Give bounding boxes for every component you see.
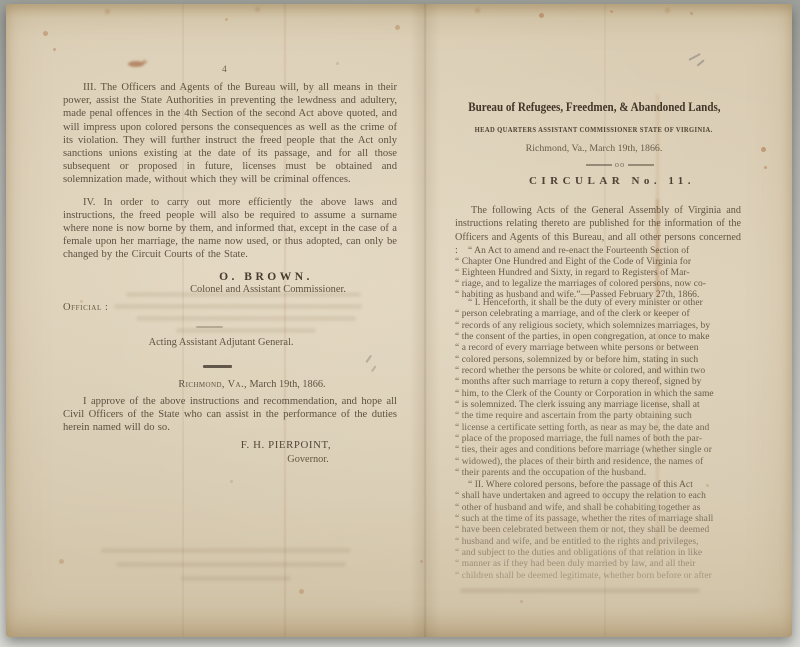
bleed-through [116, 562, 346, 567]
bleed-through [126, 292, 361, 297]
printed-line: “ records of any religious society, whic… [455, 321, 747, 332]
printed-line: “ record whether the persons be white or… [455, 366, 747, 377]
document-paper: 4 III. The Officers and Agents of the Bu… [6, 4, 792, 637]
printed-line: “ such at the time of its passage, wheth… [455, 514, 747, 525]
left-page-body: III. The Officers and Agents of the Bure… [63, 81, 397, 313]
governor-title: Governor. [238, 454, 378, 465]
bleed-through [101, 548, 351, 553]
dateline-place: Richmond, Va., [178, 379, 247, 390]
printed-line: “ and subject to the duties and obligati… [455, 548, 747, 559]
headquarters-subtitle: HEAD QUARTERS ASSISTANT COMMISSIONER STA… [475, 126, 713, 134]
separator-rule [586, 164, 612, 166]
right-page: Bureau of Refugees, Freedmen, & Abandone… [418, 4, 792, 637]
printed-line: “ place of the proposed marriage, the fu… [455, 434, 747, 445]
printed-line: “ shall have undertaken and agreed to oc… [455, 491, 747, 502]
printed-line: “ ties, their ages and conditions before… [455, 445, 747, 456]
bleed-through [114, 304, 362, 309]
signature-name: O. BROWN. [63, 271, 397, 283]
left-dateline: Richmond, Va., March 19th, 1866. [142, 379, 362, 390]
printed-line: “ the time require and ascertain from th… [455, 411, 747, 422]
separator-rule [628, 164, 654, 166]
divider-rule [196, 326, 223, 328]
divider-rule [203, 365, 232, 368]
body-paragraphs: III. The Officers and Agents of the Bure… [63, 81, 397, 262]
paragraph: IV. In order to carry out more efficient… [63, 196, 397, 262]
masthead: Bureau of Refugees, Freedmen, & Abandone… [444, 98, 744, 154]
section-one-lines: “ I. Henceforth, it shall be the duty of… [455, 298, 747, 480]
printed-line: “ months after such marriage to return a… [455, 377, 747, 388]
bleed-through [176, 328, 316, 333]
printed-line: “ Eighteen Hundred and Sixty, in regard … [455, 268, 747, 279]
bleed-through [136, 316, 356, 321]
printed-line: “ license a certificate setting forth, a… [455, 423, 747, 434]
printed-line: “ have been celebrated between them or n… [455, 525, 747, 536]
printed-line: “ is solemnized. The clerk issuing any m… [455, 400, 747, 411]
printed-line: “ children shall be deemed legitimate, w… [455, 571, 747, 582]
printed-line: “ their parents and the occupation of th… [455, 468, 747, 479]
printed-line: “ colored persons, solemnized by or befo… [455, 355, 747, 366]
printed-line: “ An Act to amend and re-enact the Fourt… [455, 246, 747, 257]
printed-line: “ II. Where colored persons, before the … [455, 480, 747, 491]
faded-ghost-line [460, 588, 700, 593]
printed-line: “ him, to the Clerk of the County or Cor… [455, 389, 747, 400]
printed-line: “ I. Henceforth, it shall be the duty of… [455, 298, 747, 309]
printed-line: “ widowed), the places of their birth an… [455, 457, 747, 468]
printed-line: “ the consent of the parties, in open co… [455, 332, 747, 343]
left-page: 4 III. The Officers and Agents of the Bu… [6, 4, 418, 637]
act-title-lines: “ An Act to amend and re-enact the Fourt… [455, 246, 747, 301]
approval-paragraph: I approve of the above instructions and … [63, 395, 397, 435]
printed-line: “ riage, and to legalize the marriages o… [455, 279, 747, 290]
adjutant-line: Acting Assistant Adjutant General. [101, 337, 341, 348]
page-number: 4 [222, 65, 227, 75]
printed-line: “ Chapter One Hundred and Eight of the C… [455, 257, 747, 268]
photo-backdrop: 4 III. The Officers and Agents of the Bu… [0, 0, 800, 647]
printed-line: “ other of husband and wife, and shall b… [455, 503, 747, 514]
bureau-title: Bureau of Refugees, Freedmen, & Abandone… [468, 100, 720, 115]
ornament-separator: oo [444, 159, 770, 169]
bleed-through [181, 576, 291, 581]
circular-title: CIRCULAR No. 11. [444, 175, 762, 187]
masthead-dateline: Richmond, Va., March 19th, 1866. [444, 143, 744, 154]
printed-line: “ husband and wife, and be entitled to t… [455, 537, 747, 548]
section-two-lines: “ II. Where colored persons, before the … [455, 480, 747, 582]
governor-signature: F. H. PIERPOINT, [186, 439, 386, 451]
printed-line: “ manner as if they had been duly marrie… [455, 559, 747, 570]
printed-line: “ person celebrating a marriage, and of … [455, 309, 747, 320]
separator-glyph: oo [615, 159, 626, 169]
paragraph: III. The Officers and Agents of the Bure… [63, 81, 397, 187]
dateline-rest: March 19th, 1866. [247, 379, 326, 390]
printed-line: “ a record of every marriage between whi… [455, 343, 747, 354]
